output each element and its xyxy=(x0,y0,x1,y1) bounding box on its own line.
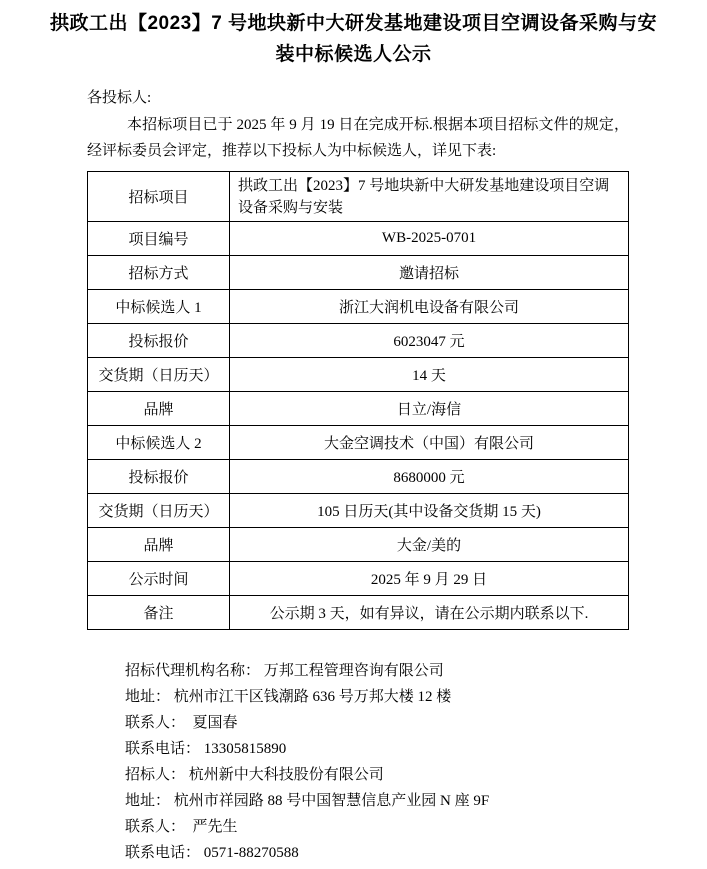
row-label: 备注 xyxy=(88,596,230,630)
row-label: 公示时间 xyxy=(88,562,230,596)
row-value: 拱政工出【2023】7 号地块新中大研发基地建设项目空调设备采购与安装 xyxy=(230,172,629,222)
bid-results-table: 招标项目 拱政工出【2023】7 号地块新中大研发基地建设项目空调设备采购与安装… xyxy=(87,171,629,630)
contact-tenderer-person: 联系人： 严先生 xyxy=(125,814,707,840)
row-publicity-date: 公示时间 2025 年 9 月 29 日 xyxy=(88,562,629,596)
row-value: WB-2025-0701 xyxy=(230,222,629,256)
document-page: 拱政工出【2023】7 号地块新中大研发基地建设项目空调设备采购与安 装中标候选… xyxy=(0,0,707,869)
row-candidate-2: 中标候选人 2 大金空调技术（中国）有限公司 xyxy=(88,426,629,460)
row-bid-price-2: 投标报价 8680000 元 xyxy=(88,460,629,494)
row-remarks: 备注 公示期 3 天，如有异议，请在公示期内联系以下. xyxy=(88,596,629,630)
row-brand-2: 品牌 大金/美的 xyxy=(88,528,629,562)
row-label: 招标项目 xyxy=(88,172,230,222)
row-value: 2025 年 9 月 29 日 xyxy=(230,562,629,596)
row-brand-1: 品牌 日立/海信 xyxy=(88,392,629,426)
row-delivery-period-2: 交货期（日历天） 105 日历天(其中设备交货期 15 天) xyxy=(88,494,629,528)
row-label: 中标候选人 2 xyxy=(88,426,230,460)
contact-agency-phone: 联系电话： 13305815890 xyxy=(125,736,707,762)
row-value: 浙江大润机电设备有限公司 xyxy=(230,290,629,324)
row-value: 105 日历天(其中设备交货期 15 天) xyxy=(230,494,629,528)
contact-agency-person: 联系人： 夏国春 xyxy=(125,710,707,736)
row-label: 品牌 xyxy=(88,392,230,426)
row-value: 大金空调技术（中国）有限公司 xyxy=(230,426,629,460)
contact-agency-address: 地址： 杭州市江干区钱潮路 636 号万邦大楼 12 楼 xyxy=(125,684,707,710)
row-tender-project: 招标项目 拱政工出【2023】7 号地块新中大研发基地建设项目空调设备采购与安装 xyxy=(88,172,629,222)
row-tender-method: 招标方式 邀请招标 xyxy=(88,256,629,290)
intro-paragraph: 本招标项目已于 2025 年 9 月 19 日在完成开标.根据本项目招标文件的规… xyxy=(87,112,629,164)
contact-agency-name: 招标代理机构名称： 万邦工程管理咨询有限公司 xyxy=(125,658,707,684)
row-value: 14 天 xyxy=(230,358,629,392)
row-label: 招标方式 xyxy=(88,256,230,290)
row-value: 6023047 元 xyxy=(230,324,629,358)
row-delivery-period-1: 交货期（日历天） 14 天 xyxy=(88,358,629,392)
row-value: 大金/美的 xyxy=(230,528,629,562)
page-title: 拱政工出【2023】7 号地块新中大研发基地建设项目空调设备采购与安 装中标候选… xyxy=(0,0,707,70)
row-value: 邀请招标 xyxy=(230,256,629,290)
row-label: 品牌 xyxy=(88,528,230,562)
contact-tenderer-name: 招标人： 杭州新中大科技股份有限公司 xyxy=(125,762,707,788)
row-label: 投标报价 xyxy=(88,460,230,494)
row-candidate-1: 中标候选人 1 浙江大润机电设备有限公司 xyxy=(88,290,629,324)
salutation: 各投标人: xyxy=(87,88,707,108)
row-project-number: 项目编号 WB-2025-0701 xyxy=(88,222,629,256)
row-label: 项目编号 xyxy=(88,222,230,256)
contact-block: 招标代理机构名称： 万邦工程管理咨询有限公司 地址： 杭州市江干区钱潮路 636… xyxy=(125,658,707,866)
page-title-line-2: 装中标候选人公示 xyxy=(0,39,707,70)
contact-tenderer-phone: 联系电话： 0571-88270588 xyxy=(125,840,707,866)
row-value: 日立/海信 xyxy=(230,392,629,426)
row-label: 投标报价 xyxy=(88,324,230,358)
row-label: 交货期（日历天） xyxy=(88,358,230,392)
row-label: 交货期（日历天） xyxy=(88,494,230,528)
contact-tenderer-address: 地址： 杭州市祥园路 88 号中国智慧信息产业园 N 座 9F xyxy=(125,788,707,814)
page-title-line-1: 拱政工出【2023】7 号地块新中大研发基地建设项目空调设备采购与安 xyxy=(0,8,707,39)
row-value: 公示期 3 天，如有异议，请在公示期内联系以下. xyxy=(230,596,629,630)
row-label: 中标候选人 1 xyxy=(88,290,230,324)
row-bid-price-1: 投标报价 6023047 元 xyxy=(88,324,629,358)
row-value: 8680000 元 xyxy=(230,460,629,494)
